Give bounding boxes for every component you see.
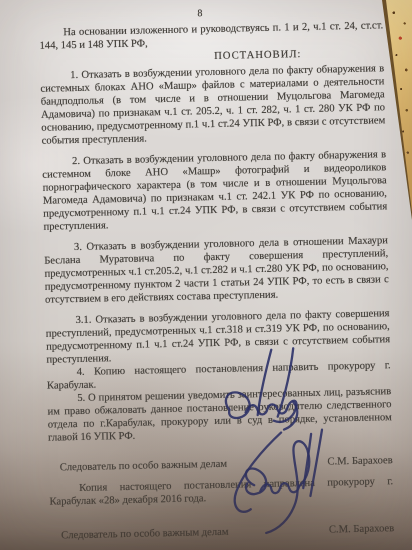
document-page: 8 На основании изложенного и руководству…	[0, 0, 412, 550]
signatory-name: С.М. Барахоев	[329, 522, 395, 536]
copy-note: Копия настоящего постановления направлен…	[49, 475, 393, 508]
signatory-title: Следователь по особо важным делам	[49, 458, 228, 475]
resolution-item-3-1: 3.1. Отказать в возбуждении уголовного д…	[45, 307, 390, 366]
signatory-name: С.М. Барахоев	[327, 454, 393, 468]
resolution-item-1: 1. Отказать в возбуждении уголовного дел…	[40, 62, 386, 147]
signatory-title: Следователь по особо важным делам	[50, 526, 229, 543]
resolution-item-3: 3. Отказать в возбуждении уголовного дел…	[44, 234, 389, 306]
resolution-item-5: 5. О принятом решении уведомить заинтере…	[47, 385, 392, 444]
resolution-item-2: 2. Отказать в возбуждении уголовного дел…	[42, 148, 388, 233]
document-photo: 8 На основании изложенного и руководству…	[0, 0, 412, 550]
signature-row-2: Следователь по особо важным делам С.М. Б…	[50, 522, 394, 543]
signature-row-1: Следователь по особо важным делам С.М. Б…	[49, 454, 393, 475]
